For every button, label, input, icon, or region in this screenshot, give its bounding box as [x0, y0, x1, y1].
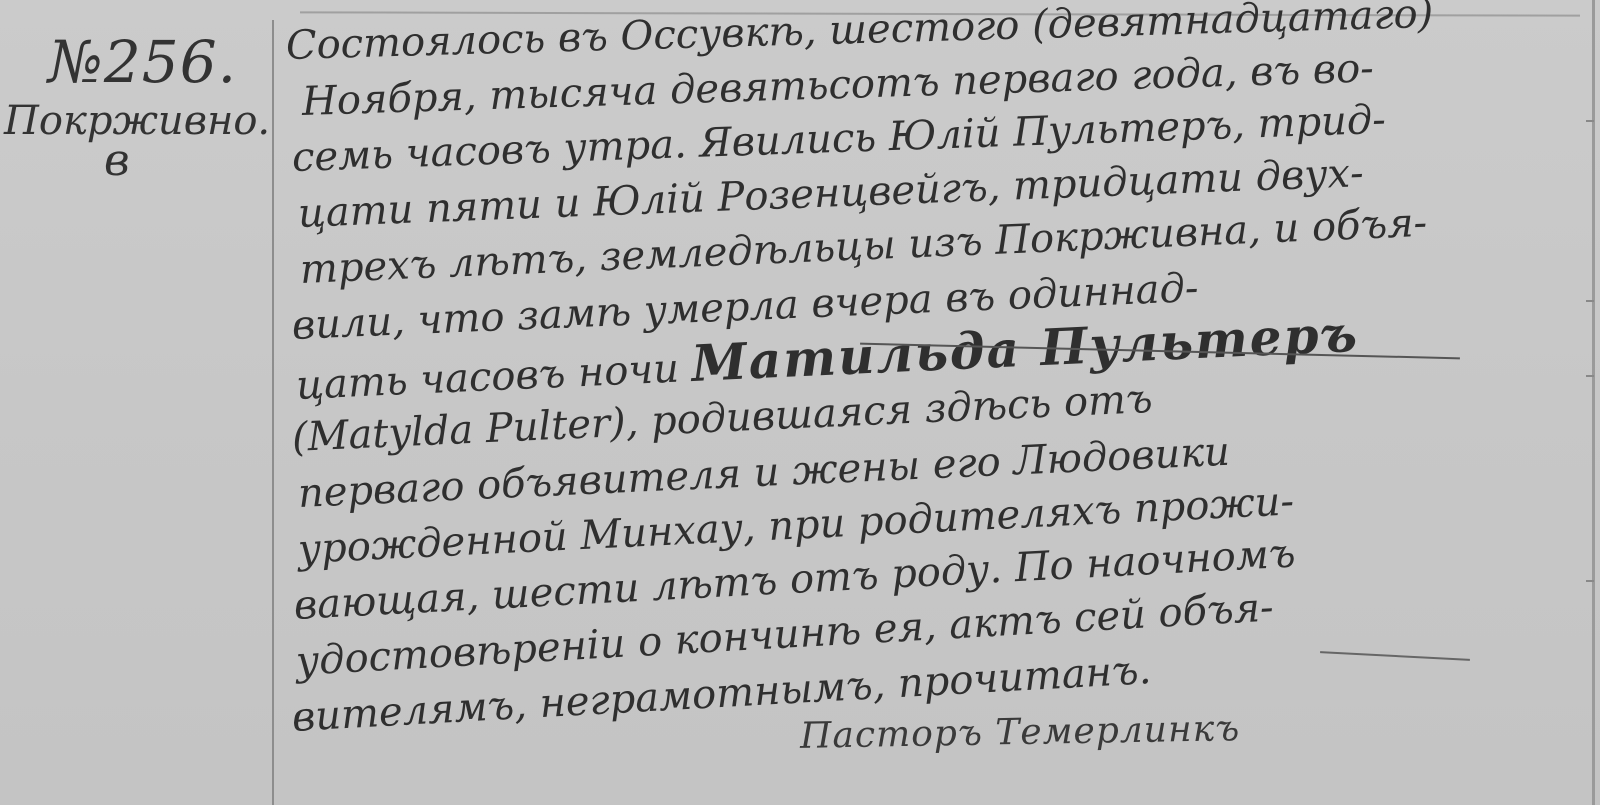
margin-column: №256. Покрживно. в — [0, 0, 272, 805]
document-page: №256. Покрживно. в Состоялось въ Оссувкѣ… — [0, 0, 1600, 805]
record-body: Состоялось въ Оссувкѣ, шестого (девятнад… — [282, 18, 1582, 746]
page-edge-tick — [1586, 120, 1594, 122]
act-number-prefix: № — [48, 28, 104, 96]
village-correction: в — [104, 140, 130, 182]
village-label: Покрживно. — [4, 98, 270, 144]
page-edge-tick — [1586, 300, 1594, 302]
pastor-signature: Пасторъ Темерлинкъ — [800, 708, 1241, 757]
act-number: №256. — [48, 28, 237, 96]
act-number-value: 256. — [104, 28, 237, 96]
page-edge-tick — [1586, 580, 1594, 582]
margin-divider — [272, 20, 274, 805]
page-edge-tick — [1586, 375, 1594, 377]
village-name: Покрживно. в — [4, 100, 270, 142]
